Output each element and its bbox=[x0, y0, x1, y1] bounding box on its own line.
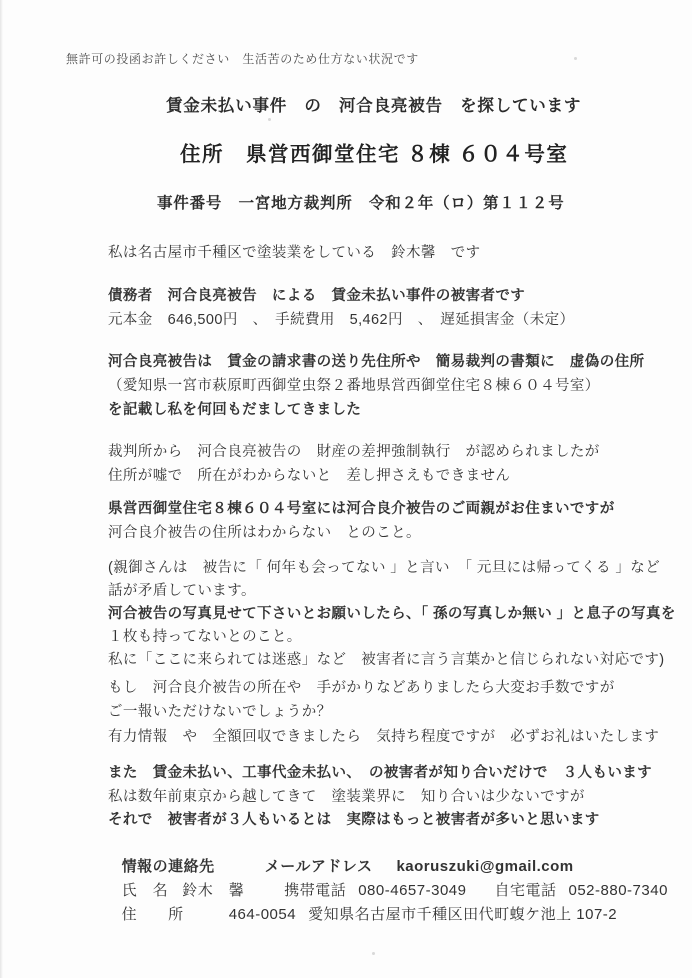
scan-speck bbox=[574, 57, 577, 60]
address-heading: 住所 県営西御堂住宅 ８棟 ６０４号室 bbox=[180, 143, 568, 168]
parenthetical-line-1: (親御さんは 被告に「 何年も会ってない 」と言い 「 元旦には帰ってくる 」な… bbox=[108, 560, 660, 577]
case-number-line: 事件番号 一宮地方裁判所 令和２年（ロ）第１１２号 bbox=[157, 195, 565, 214]
document-page: 無許可の投函お許しください 生活苦のため仕方ない状況です 賃金未払い事件 の 河… bbox=[0, 0, 692, 978]
court-line-1: 裁判所から 河合良亮被告の 財産の差押強制執行 が認められましたが bbox=[108, 444, 600, 461]
amounts-line: 元本金 646,500円 、 手続費用 5,462円 、 遅延損害金（未定） bbox=[108, 312, 574, 329]
contact-address-line: 住 所464-0054愛知県名古屋市千種区田代町蝮ケ池上 107-2 bbox=[103, 888, 617, 942]
contact-address: 愛知県名古屋市千種区田代町蝮ケ池上 107-2 bbox=[308, 906, 617, 923]
request-line-1: もし 河合良介被告の所在や 手がかりなどありましたら大変お手数ですが bbox=[108, 680, 615, 697]
parenthetical-line-2: 話が矛盾しています。 bbox=[108, 583, 256, 600]
postal-code: 464-0054 bbox=[229, 906, 296, 923]
request-line-3: 有力情報 や 全額回収できましたら 気持ち程度ですが 必ずお礼はいたします bbox=[108, 729, 659, 746]
scan-speck bbox=[268, 118, 271, 121]
parents-line-1: 県営西御堂住宅８棟６０４号室には河合良介被告のご両親がお住まいですが bbox=[108, 501, 615, 518]
more-victims-line-1: また 賃金未払い、工事代金未払い、 の被害者が知り合いだけで ３人もいます bbox=[108, 765, 652, 782]
unauthorized-posting-notice: 無許可の投函お許しください 生活苦のため仕方ない状況です bbox=[66, 52, 419, 66]
false-address-line-1: 河合良亮被告は 賃金の請求書の送り先住所や 簡易裁判の書類に 虚偽の住所 bbox=[108, 354, 644, 371]
parenthetical-line-4: １枚も持ってないとのこと。 bbox=[108, 629, 302, 646]
scan-edge-artifact bbox=[0, 0, 3, 978]
scan-speck bbox=[372, 952, 375, 955]
request-line-2: ご一報いただけないでしょうか？ bbox=[108, 704, 332, 721]
more-victims-line-2: 私は数年前東京から越してきて 塗装業界に 知り合いは少ないですが bbox=[108, 789, 585, 806]
false-address-line-2: （愛知県一宮市萩原町西御堂虫祭２番地県営西御堂住宅８棟６０４号室） bbox=[108, 378, 600, 395]
debtor-line: 債務者 河合良亮被告 による 賃金未払い事件の被害者です bbox=[108, 288, 525, 305]
parents-line-2: 河合良介被告の住所はわからない とのこと。 bbox=[108, 525, 421, 542]
false-address-line-3: を記載し私を何回もだましてきました bbox=[108, 402, 361, 419]
court-line-2: 住所が嘘で 所在がわからないと 差し押さえもできません bbox=[108, 468, 510, 485]
parenthetical-line-5: 私に「ここに来られては迷惑」など 被害者に言う言葉かと信じられない対応です) bbox=[108, 652, 665, 669]
intro-line: 私は名古屋市千種区で塗装業をしている 鈴木馨 です bbox=[108, 245, 481, 262]
parenthetical-line-3: 河合被告の写真見せて下さいとお願いしたら、「 孫の写真しか無い 」と息子の写真を bbox=[108, 606, 676, 623]
address-label: 住 所 bbox=[122, 906, 184, 923]
more-victims-line-3: それで 被害者が３人もいるとは 実際はもっと被害者が多いと思います bbox=[108, 812, 600, 829]
headline: 賃金未払い事件 の 河合良亮被告 を探しています bbox=[166, 97, 581, 117]
